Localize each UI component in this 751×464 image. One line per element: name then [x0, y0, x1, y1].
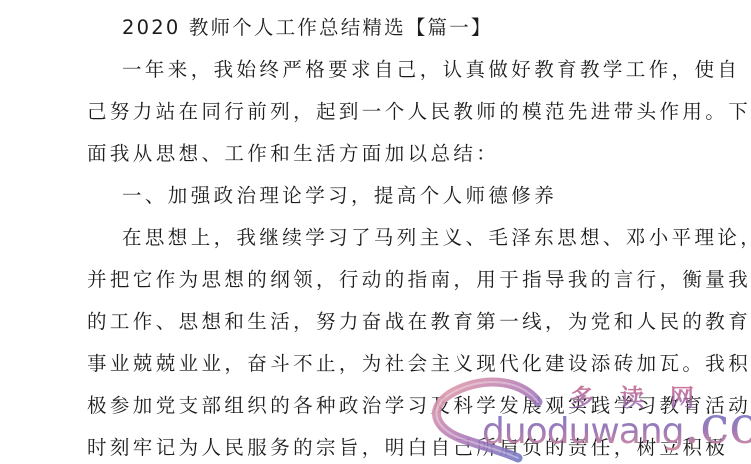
paragraph-line: 极参加党支部组织的各种政治学习及科学发展观实践学习教育活动，: [87, 394, 627, 418]
paragraph-line: 在思想上，我继续学习了马列主义、毛泽东思想、邓小平理论，: [122, 226, 662, 250]
paragraph-line: 事业兢兢业业，奋斗不止，为社会主义现代化建设添砖加瓦。我积: [87, 352, 627, 376]
paragraph-line: 并把它作为思想的纲领，行动的指南，用于指导我的言行，衡量我: [87, 268, 627, 292]
paragraph-line: 一年来，我始终严格要求自己，认真做好教育教学工作，使自: [122, 58, 662, 82]
document-page: 2020 教师个人工作总结精选【篇一】 一年来，我始终严格要求自己，认真做好教育…: [0, 0, 751, 464]
paragraph-line: 时刻牢记为人民服务的宗旨，明白自己所肩负的责任，树立积极: [87, 436, 627, 460]
paragraph-line: 己努力站在同行前列，起到一个人民教师的模范先进带头作用。下: [87, 100, 627, 124]
section-heading: 一、加强政治理论学习，提高个人师德修养: [122, 184, 662, 208]
paragraph-line: 面我从思想、工作和生活方面加以总结：: [87, 142, 627, 166]
document-title: 2020 教师个人工作总结精选【篇一】: [122, 16, 662, 40]
paragraph-line: 的工作、思想和生活，努力奋战在教育第一线，为党和人民的教育: [87, 310, 627, 334]
